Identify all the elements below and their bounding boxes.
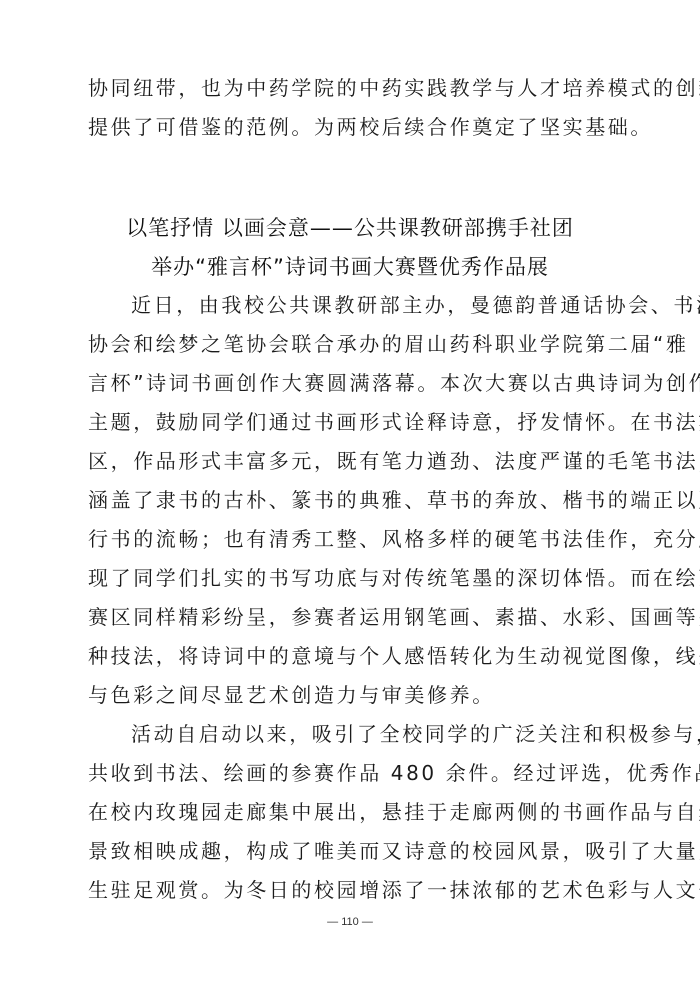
text-line: 与色彩之间尽显艺术创造力与审美修养。 [88,682,614,708]
text-line: 种技法，将诗词中的意境与个人感悟转化为生动视觉图像，线条 [88,643,614,669]
title-line: 举办“雅言杯”诗词书画大赛暨优秀作品展 [0,253,700,281]
page-number: — 110 — [0,916,700,928]
text-line: 赛区同样精彩纷呈，参赛者运用钢笔画、素描、水彩、国画等多 [88,604,614,630]
text-line: 协会和绘梦之笔协会联合承办的眉山药科职业学院第二届“雅 [88,331,614,357]
text-line: 现了同学们扎实的书写功底与对传统笔墨的深切体悟。而在绘画 [88,565,614,591]
text-line: 景致相映成趣，构成了唯美而又诗意的校园风景，吸引了大量师 [88,838,614,864]
text-line: 共收到书法、绘画的参赛作品 480 余件。经过评选，优秀作品已 [88,760,614,786]
text-line: 涵盖了隶书的古朴、篆书的典雅、草书的奔放、楷书的端正以及 [88,487,614,513]
text-line: 提供了可借鉴的范例。为两校后续合作奠定了坚实基础。 [88,114,614,140]
title-line: 以笔抒情 以画会意——公共课教研部携手社团 [0,214,700,242]
text-line: 主题，鼓励同学们通过书画形式诠释诗意，抒发情怀。在书法赛 [88,409,614,435]
text-line: 生驻足观赏。为冬日的校园增添了一抹浓郁的艺术色彩与人文气 [88,877,614,903]
text-line: 行书的流畅；也有清秀工整、风格多样的硬笔书法佳作，充分展 [88,526,614,552]
text-line: 在校内玫瑰园走廊集中展出，悬挂于走廊两侧的书画作品与自然 [88,799,614,825]
text-line: 区，作品形式丰富多元，既有笔力遒劲、法度严谨的毛笔书法， [88,448,614,474]
text-line: 言杯”诗词书画创作大赛圆满落幕。本次大赛以古典诗词为创作 [88,370,614,396]
text-line: 近日，由我校公共课教研部主办，曼德韵普通话协会、书法 [131,292,614,318]
text-line: 协同纽带，也为中药学院的中药实践教学与人才培养模式的创新 [88,75,614,101]
text-line: 活动自启动以来，吸引了全校同学的广泛关注和积极参与， [131,721,614,747]
